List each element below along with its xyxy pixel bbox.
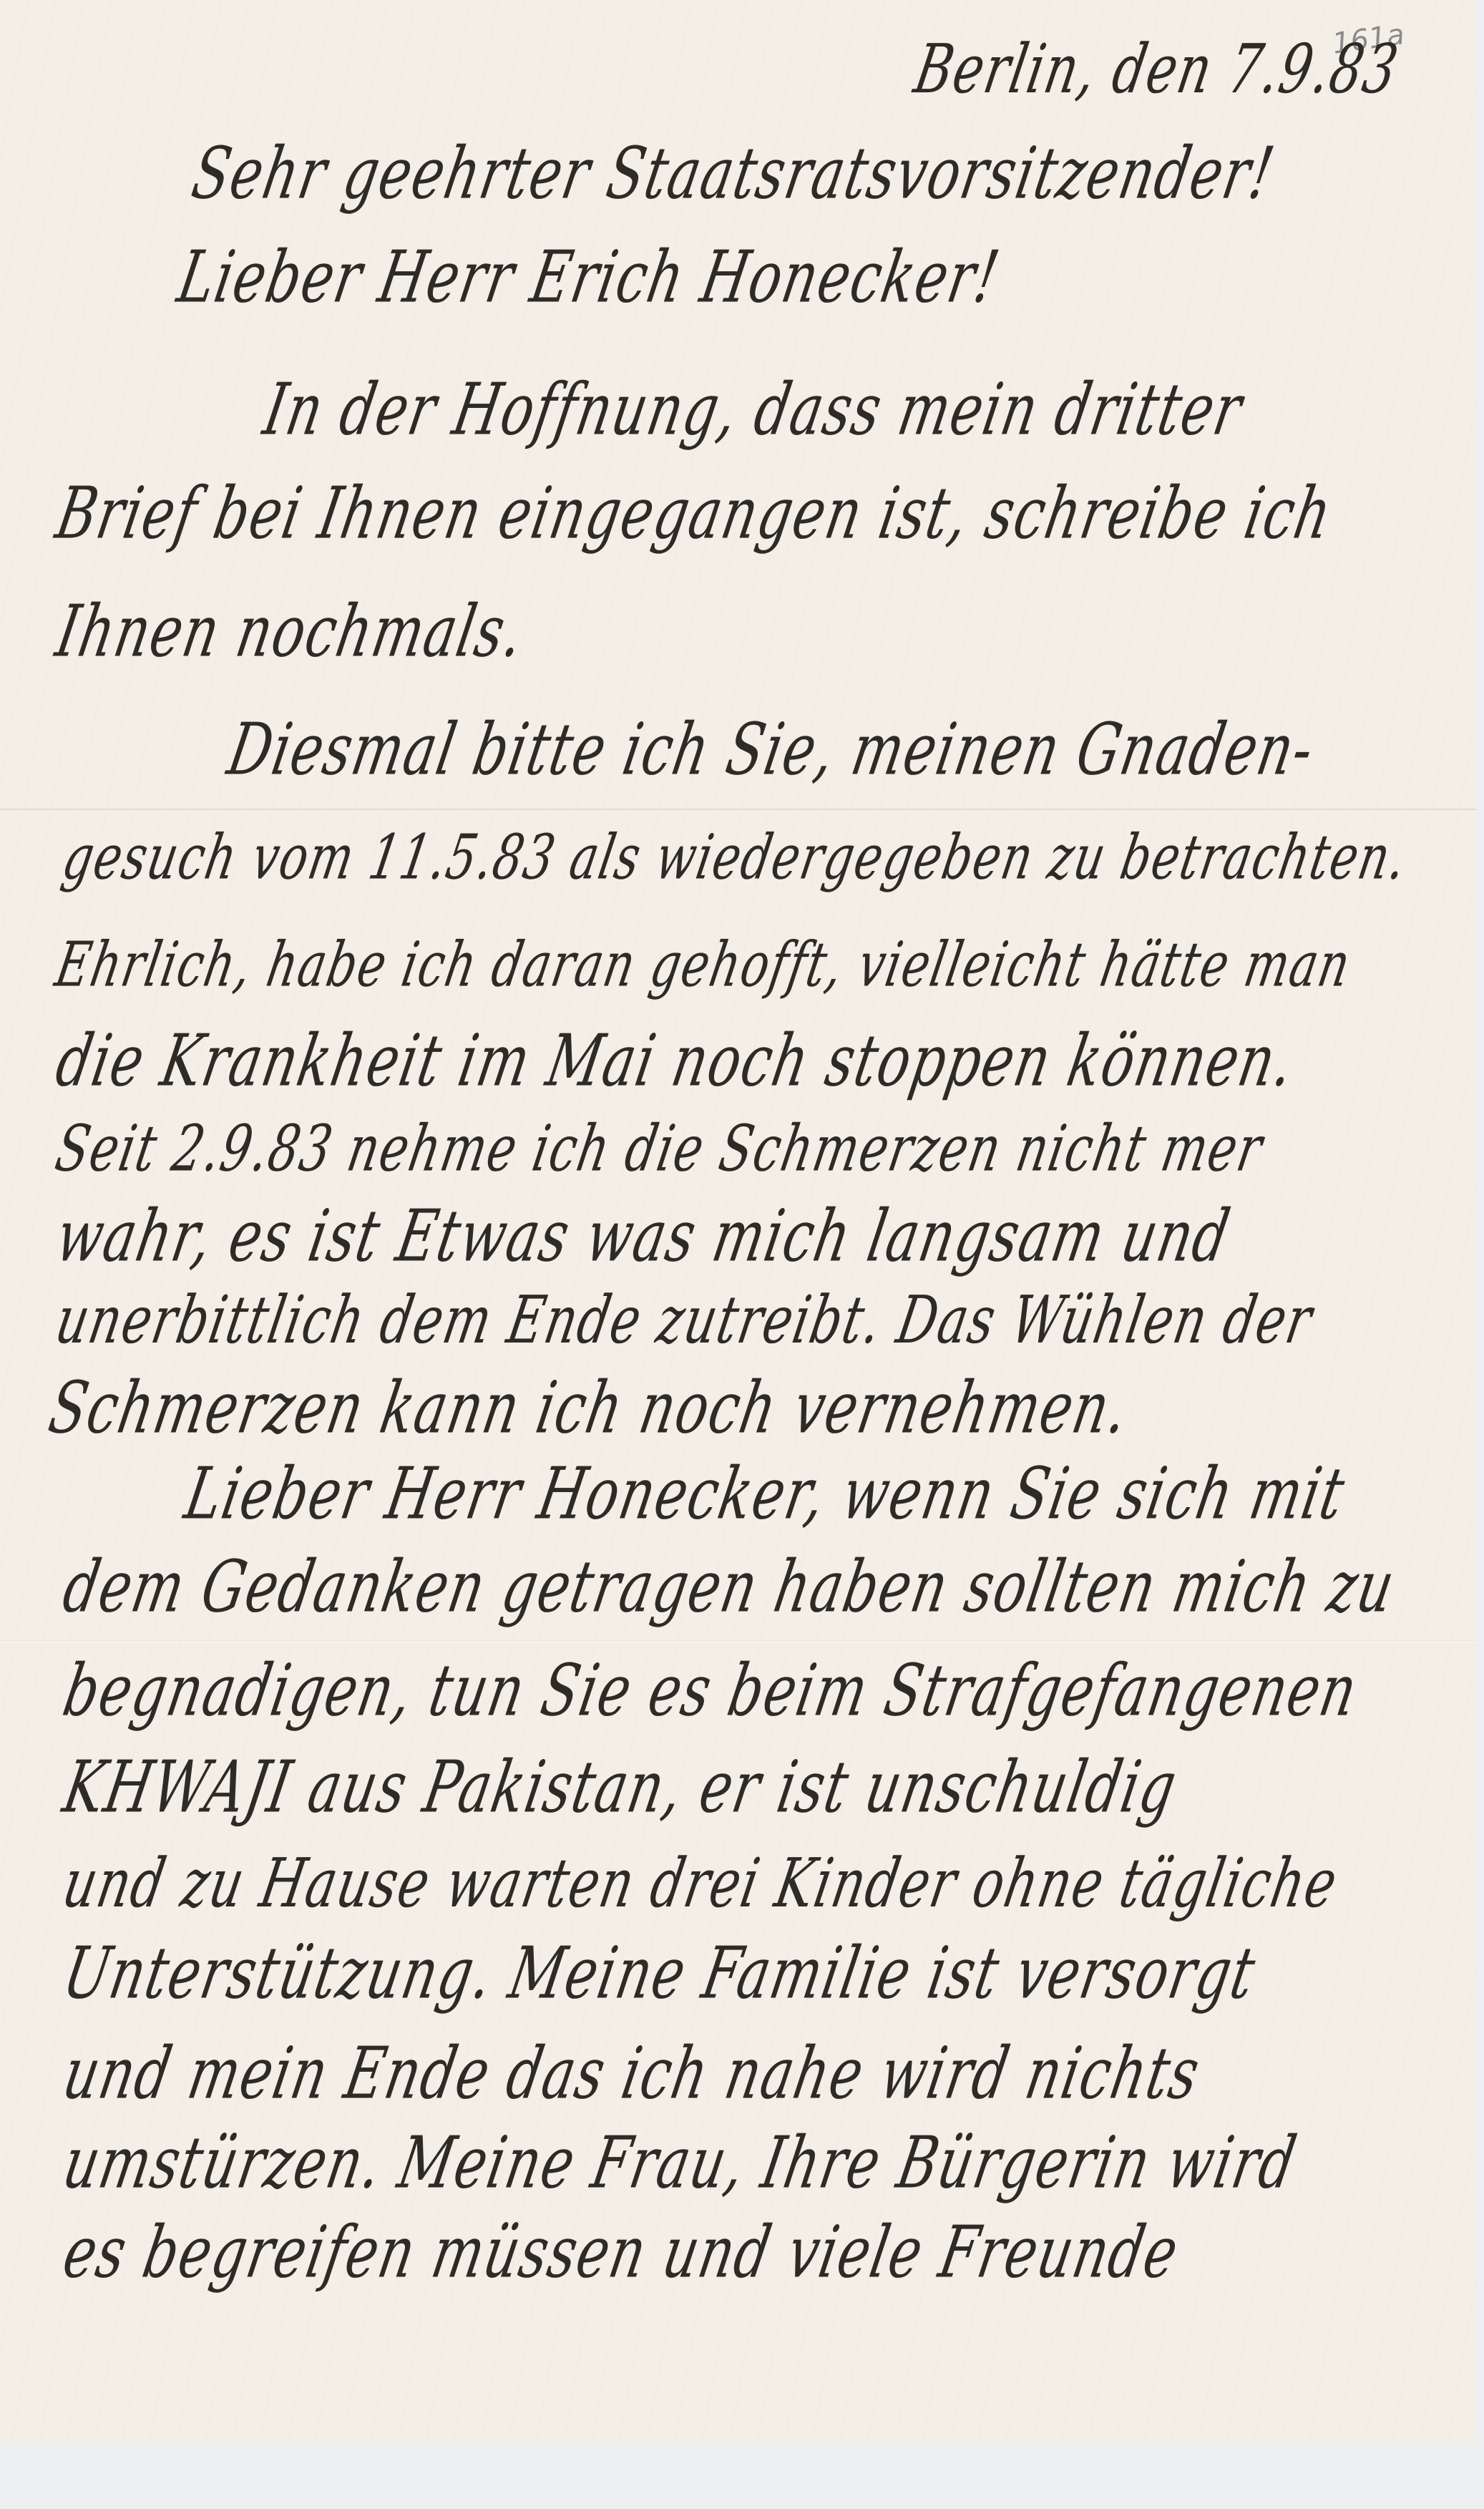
letter-line: Ehrlich, habe ich daran gehofft, viellei… [50, 930, 1357, 1001]
letter-line: begnadigen, tun Sie es beim Strafgefange… [57, 1650, 1365, 1733]
letter-line: und mein Ende das ich nahe wird nichts [57, 2032, 1206, 2115]
letter-line: Schmerzen kann ich noch vernehmen. [43, 1367, 1136, 1450]
letter-line: Diesmal bitte ich Sie, meinen Gnaden- [222, 708, 1321, 791]
letter-line: wahr, es ist Etwas was mich langsam und [50, 1195, 1236, 1278]
letter-line: KHWAJI aus Pakistan, er ist unschuldig [57, 1746, 1183, 1829]
letter-line: und zu Hause warten drei Kinder ohne täg… [57, 1843, 1344, 1923]
letter-line: es begreifen müssen und viele Freunde [57, 2211, 1186, 2294]
letter-line: die Krankheit im Mai noch stoppen können… [50, 1020, 1301, 1103]
letter-line: Ihnen nochmals. [50, 590, 531, 673]
fold-crease [0, 809, 1476, 812]
place-date: Berlin, den 7.9.83 [909, 29, 1405, 109]
salutation-title: Sehr geehrter Staatsratsvorsitzender! [186, 132, 1281, 215]
letter-line: Unterstützung. Meine Familie ist versorg… [57, 1932, 1262, 2015]
letter-line: gesuch vom 11.5.83 als wiedergegeben zu … [57, 822, 1412, 894]
letter-line: Seit 2.9.83 nehme ich die Schmerzen nich… [50, 1111, 1269, 1186]
salutation-name: Lieber Herr Erich Honecker! [172, 236, 1006, 319]
letter-line: Lieber Herr Honecker, wenn Sie sich mit [179, 1453, 1352, 1536]
letter-line: In der Hoffnung, dass mein dritter [258, 369, 1249, 452]
letter-line: unerbittlich dem Ende zutreibt. Das Wühl… [50, 1282, 1319, 1359]
letter-page: 161a Berlin, den 7.9.83 Sehr geehrter St… [0, 0, 1476, 2442]
fold-crease [0, 1640, 1476, 1642]
letter-line: Brief bei Ihnen eingegangen ist, schreib… [50, 472, 1339, 555]
letter-line: umstürzen. Meine Frau, Ihre Bürgerin wir… [57, 2122, 1303, 2205]
letter-line: dem Gedanken getragen haben sollten mich… [57, 1546, 1402, 1629]
